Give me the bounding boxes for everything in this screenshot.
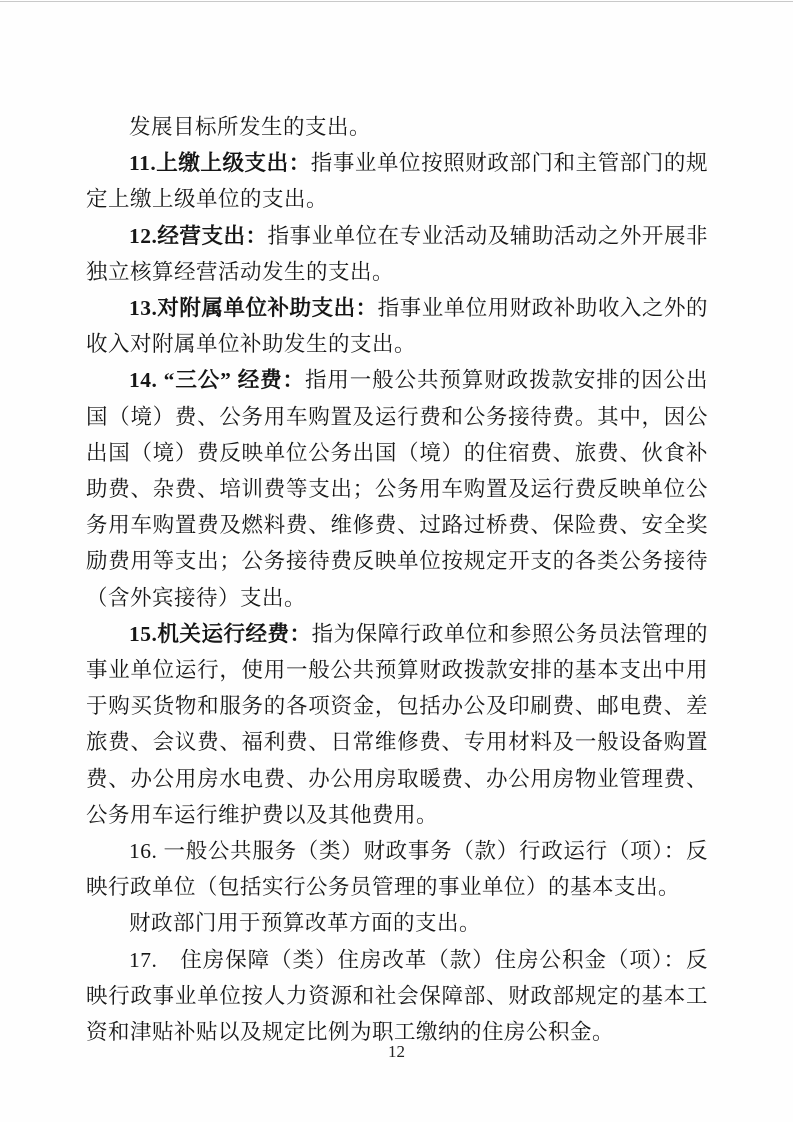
paragraph-text: 16. 一般公共服务（类）财政事务（款）行政运行（项）：反映行政单位（包括实行公… bbox=[86, 839, 708, 899]
paragraph: 财政部门用于预算改革方面的支出。 bbox=[86, 905, 708, 941]
term-label: 14. “三公” 经费： bbox=[129, 368, 305, 392]
paragraph: 17. 住房保障（类）住房改革（款）住房公积金（项）：反映行政事业单位按人力资源… bbox=[86, 942, 708, 1051]
paragraph: 13.对附属单位补助支出：指事业单位用财政补助收入之外的收入对附属单位补助发生的… bbox=[86, 290, 708, 362]
paragraph-text: 财政部门用于预算改革方面的支出。 bbox=[129, 911, 481, 935]
paragraph: 11.上缴上级支出：指事业单位按照财政部门和主管部门的规定上缴上级单位的支出。 bbox=[86, 145, 708, 217]
paragraph-text: 指用一般公共预算财政拨款安排的因公出国（境）费、公务用车购置及运行费和公务接待费… bbox=[86, 368, 708, 609]
term-label: 12.经营支出： bbox=[129, 224, 268, 248]
paragraph-text: 发展目标所发生的支出。 bbox=[129, 115, 371, 139]
paragraph: 16. 一般公共服务（类）财政事务（款）行政运行（项）：反映行政单位（包括实行公… bbox=[86, 833, 708, 905]
paragraph: 14. “三公” 经费：指用一般公共预算财政拨款安排的因公出国（境）费、公务用车… bbox=[86, 362, 708, 615]
page-number: 12 bbox=[0, 1041, 793, 1063]
term-label: 15.机关运行经费： bbox=[129, 622, 312, 646]
paragraph: 15.机关运行经费：指为保障行政单位和参照公务员法管理的事业单位运行，使用一般公… bbox=[86, 616, 708, 833]
term-label: 11.上缴上级支出： bbox=[129, 151, 311, 175]
document-body: 发展目标所发生的支出。 11.上缴上级支出：指事业单位按照财政部门和主管部门的规… bbox=[86, 109, 708, 1050]
page-top-edge-line bbox=[0, 1, 793, 2]
paragraph: 12.经营支出：指事业单位在专业活动及辅助活动之外开展非独立核算经营活动发生的支… bbox=[86, 218, 708, 290]
paragraph: 发展目标所发生的支出。 bbox=[86, 109, 708, 145]
paragraph-text: 17. 住房保障（类）住房改革（款）住房公积金（项）：反映行政事业单位按人力资源… bbox=[86, 948, 708, 1044]
term-label: 13.对附属单位补助支出： bbox=[129, 296, 378, 320]
document-page: 发展目标所发生的支出。 11.上缴上级支出：指事业单位按照财政部门和主管部门的规… bbox=[0, 0, 793, 1122]
paragraph-text: 指为保障行政单位和参照公务员法管理的事业单位运行，使用一般公共预算财政拨款安排的… bbox=[86, 622, 708, 827]
